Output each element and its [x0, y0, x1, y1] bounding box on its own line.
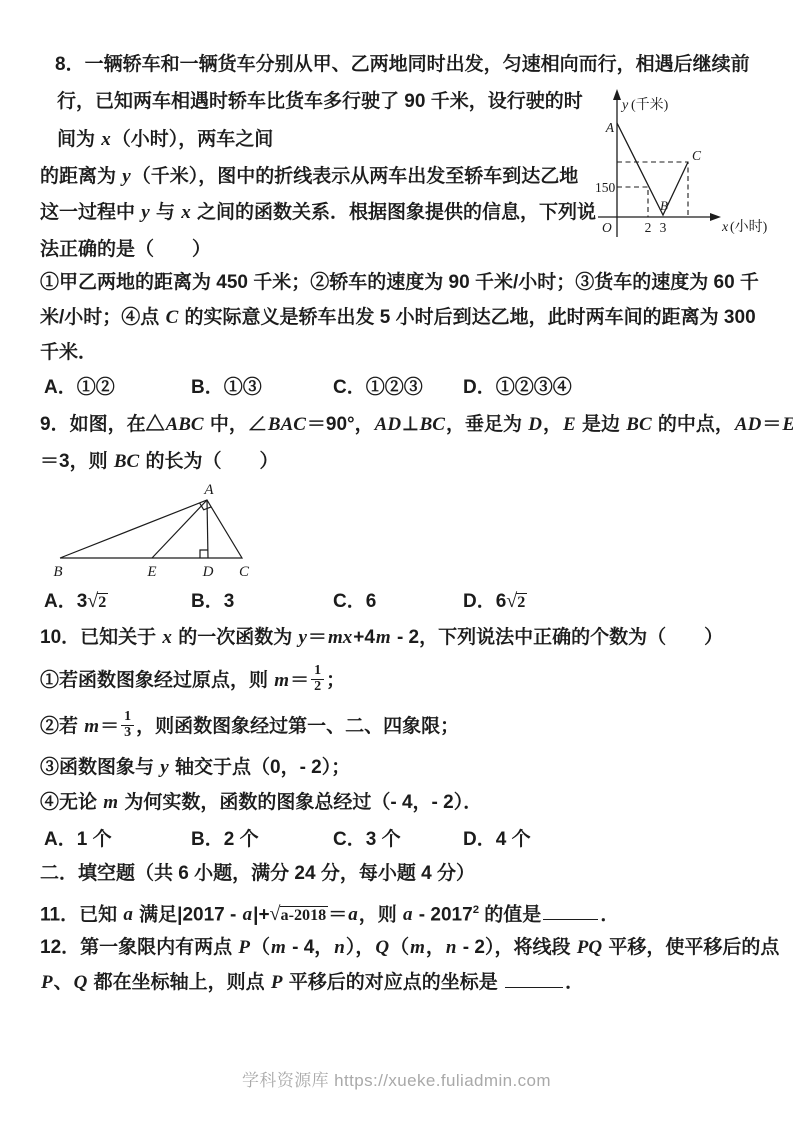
q8-line-3: 间为 x（小时），两车之间 — [57, 128, 273, 151]
dashed-guide-c — [617, 162, 688, 217]
q10-statement-3: ③函数图象与 y 轴交于点（0，- 2）； — [40, 756, 350, 779]
vertex-b-label: B — [53, 564, 62, 580]
q9-option-b: B．3 — [191, 590, 333, 614]
segment-ae — [152, 500, 207, 558]
x-axis-arrow-icon — [710, 213, 721, 221]
y-axis-unit: (千米) — [631, 96, 669, 113]
q8-statement-1: ①甲乙两地的距离为 450 千米；②轿车的速度为 90 千米/小时；③货车的速度… — [40, 271, 759, 294]
y-axis-arrow-icon — [613, 89, 621, 100]
q8-option-c: C．①②③ — [333, 376, 463, 399]
q10-statement-1: ①若函数图象经过原点，则 m＝12； — [40, 666, 345, 696]
q9-triangle-figure: A B E D C — [38, 482, 253, 582]
x-tick-2: 2 — [645, 220, 652, 235]
q12-line-2: P、Q 都在坐标轴上，则点 P 平移后的对应点的坐标是 ． — [40, 971, 584, 994]
vertex-c-label: C — [239, 564, 250, 580]
q8-line-4: 的距离为 y（千米），图中的折线表示从两车出发至轿车到达乙地 — [40, 165, 578, 188]
q8-line-6: 法正确的是（ ） — [40, 238, 211, 261]
x-axis-var: x — [721, 220, 729, 235]
q10-option-a: A．1 个 — [44, 828, 191, 851]
q11-line-1: 11．已知 a 满足|2017 - a|+√a-2018＝a，则 a - 201… — [40, 899, 619, 927]
q10-statement-4: ④无论 m 为何实数，函数的图象总经过（- 4，- 2）． — [40, 791, 482, 814]
q9-line-1: 9．如图，在△ABC 中，∠BAC＝90°，AD⊥BC，垂足为 D，E 是边 B… — [40, 413, 793, 436]
q10-statement-2: ②若 m＝13，则函数图象经过第一、二、四象限； — [40, 712, 459, 742]
dashed-guide-150 — [617, 187, 648, 217]
q10-option-d: D．4 个 — [463, 828, 531, 851]
x-axis-unit: (小时) — [730, 219, 768, 235]
q8-options-row: A．①② B．①③ C．①②③ D．①②③④ — [44, 376, 572, 399]
distance-polyline — [617, 123, 688, 215]
triangle-outline — [60, 500, 242, 558]
q8-option-b: B．①③ — [191, 376, 333, 399]
y-tick-150: 150 — [595, 180, 616, 195]
q10-option-b: B．2 个 — [191, 828, 333, 851]
q8-line-2: 行，已知两车相遇时轿车比货车多行驶了 90 千米，设行驶的时 — [57, 90, 583, 113]
origin-label: O — [602, 220, 612, 235]
q9-options-row: A．3√2 B．3 C．6 D．6√2 — [44, 590, 527, 614]
q8-statement-2: 米/小时；④点 C 的实际意义是轿车出发 5 小时后到达乙地，此时两车间的距离为… — [40, 306, 756, 329]
q10-line-1: 10．已知关于 x 的一次函数为 y＝mx+4m - 2，下列说法中正确的个数为… — [40, 626, 723, 649]
q8-line-5: 这一过程中 y 与 x 之间的函数关系．根据图象提供的信息，下列说 — [40, 201, 596, 224]
q8-graph-figure: y (千米) A 150 O 2 3 B C x (小时) — [588, 85, 788, 245]
point-a-label: A — [605, 120, 615, 135]
q9-line-2: ＝3，则 BC 的长为（ ） — [40, 450, 279, 473]
q9-option-d: D．6√2 — [463, 590, 527, 614]
q10-option-c: C．3 个 — [333, 828, 463, 851]
point-b-label: B — [660, 198, 668, 213]
x-tick-3: 3 — [660, 220, 667, 235]
footer-watermark: 学科资源库 https://xueke.fuliadmin.com — [0, 1066, 793, 1091]
vertex-a-label: A — [203, 482, 214, 498]
q8-line-1: 8．一辆轿车和一辆货车分别从甲、乙两地同时出发，匀速相向而行，相遇后继续前 — [55, 53, 750, 76]
q8-statement-3: 千米． — [40, 341, 97, 364]
point-c-label: C — [692, 148, 702, 163]
exam-page: 8．一辆轿车和一辆货车分别从甲、乙两地同时出发，匀速相向而行，相遇后继续前 行，… — [0, 0, 793, 1122]
y-axis-var: y — [620, 98, 629, 113]
q12-line-1: 12．第一象限内有两点 P（m - 4，n），Q（m，n - 2），将线段 PQ… — [40, 936, 779, 959]
section2-header: 二．填空题（共 6 小题，满分 24 分，每小题 4 分） — [40, 862, 475, 885]
q8-option-d: D．①②③④ — [463, 376, 572, 399]
point-d-label: D — [202, 564, 214, 580]
q10-options-row: A．1 个 B．2 个 C．3 个 D．4 个 — [44, 828, 531, 851]
right-angle-mark-d — [200, 550, 208, 558]
q8-option-a: A．①② — [44, 376, 191, 399]
q9-option-a: A．3√2 — [44, 590, 191, 614]
point-e-label: E — [146, 564, 156, 580]
q9-option-c: C．6 — [333, 590, 463, 614]
